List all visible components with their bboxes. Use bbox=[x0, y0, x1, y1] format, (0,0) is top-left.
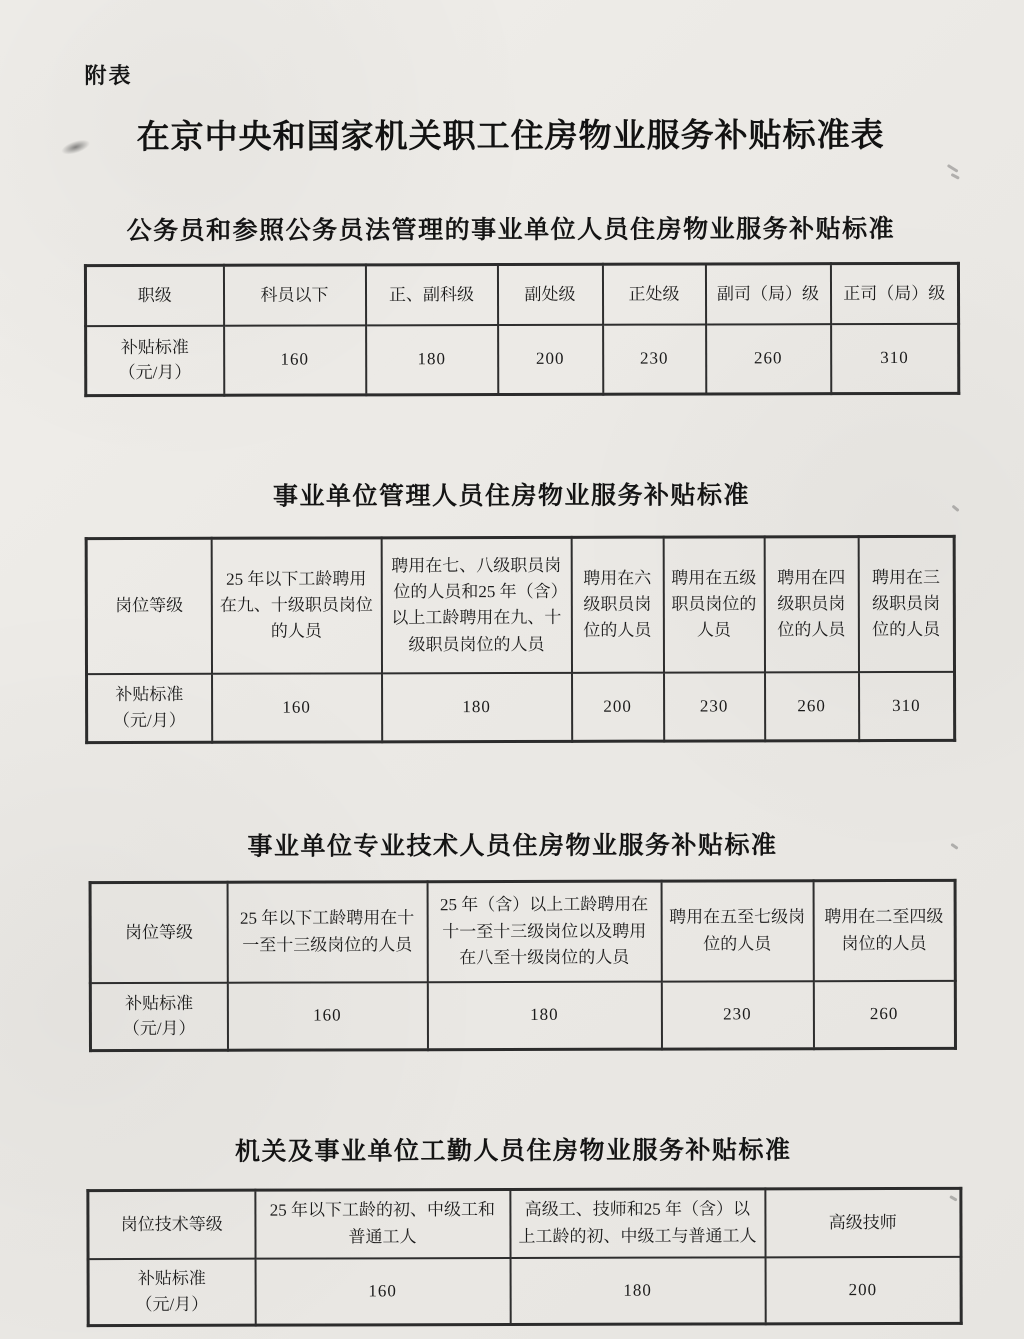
column-header: 聘用在七、八级职员岗位的人员和25 年（含）以上工龄聘用在九、十级职员岗位的人员 bbox=[381, 537, 571, 672]
column-header: 副司（局）级 bbox=[705, 264, 830, 324]
corner-label: 岗位等级 bbox=[86, 538, 211, 673]
subsidy-value: 180 bbox=[510, 1257, 765, 1325]
scanned-document-page: 附表 在京中央和国家机关职工住房物业服务补贴标准表 公务员和参照公务员法管理的事… bbox=[0, 0, 1024, 1339]
table-technical-staff-subsidy: 岗位等级 25 年以下工龄聘用在十一至十三级岗位的人员 25 年（含）以上工龄聘… bbox=[89, 879, 957, 1052]
row-label-line2: （元/月） bbox=[97, 1291, 248, 1317]
row-label-line2: （元/月） bbox=[99, 1016, 220, 1042]
table-skilled-worker-subsidy: 岗位技术等级 25 年以下工龄的初、中级工和普通工人 高级工、技师和25 年（含… bbox=[86, 1187, 962, 1327]
subsidy-value: 200 bbox=[572, 672, 664, 741]
section-heading-civil-servants: 公务员和参照公务员法管理的事业单位人员住房物业服务补贴标准 bbox=[0, 209, 1023, 248]
column-header: 聘用在三级职员岗位的人员 bbox=[858, 536, 954, 671]
row-label-line2: （元/月） bbox=[94, 360, 216, 386]
subsidy-value: 160 bbox=[227, 982, 427, 1051]
subsidy-value: 200 bbox=[498, 324, 603, 394]
row-label-cell: 补贴标准 （元/月） bbox=[88, 1258, 255, 1325]
section-heading-technical-staff: 事业单位专业技术人员住房物业服务补贴标准 bbox=[0, 825, 1024, 864]
subsidy-value: 230 bbox=[661, 981, 813, 1049]
subsidy-value: 230 bbox=[664, 672, 765, 741]
column-header: 聘用在五至七级岗位的人员 bbox=[661, 881, 813, 981]
subsidy-value: 260 bbox=[813, 980, 955, 1048]
subsidy-value: 180 bbox=[382, 672, 572, 741]
column-header: 25 年以下工龄聘用在十一至十三级岗位的人员 bbox=[227, 882, 427, 983]
corner-label: 岗位等级 bbox=[90, 882, 227, 982]
corner-label: 职级 bbox=[85, 265, 223, 325]
column-header: 25 年以下工龄聘用在九、十级职员岗位的人员 bbox=[211, 538, 381, 673]
table-management-staff-subsidy: 岗位等级 25 年以下工龄聘用在九、十级职员岗位的人员 聘用在七、八级职员岗位的… bbox=[85, 535, 957, 744]
scan-mark bbox=[951, 173, 960, 180]
subsidy-value: 200 bbox=[765, 1256, 961, 1324]
column-header: 25 年（含）以上工龄聘用在十一至十三级岗位以及聘用在八至十级岗位的人员 bbox=[427, 881, 661, 982]
subsidy-value: 160 bbox=[255, 1258, 510, 1326]
column-header: 聘用在六级职员岗位的人员 bbox=[571, 537, 663, 672]
row-label-cell: 补贴标准 （元/月） bbox=[86, 325, 224, 395]
section-heading-management-staff: 事业单位管理人员住房物业服务补贴标准 bbox=[0, 475, 1024, 514]
row-label-cell: 补贴标准 （元/月） bbox=[90, 982, 227, 1050]
column-header: 副处级 bbox=[497, 264, 602, 324]
subsidy-value: 310 bbox=[859, 671, 955, 740]
corner-label: 岗位技术等级 bbox=[88, 1190, 255, 1258]
column-header: 正处级 bbox=[602, 264, 705, 324]
subsidy-value: 260 bbox=[765, 672, 859, 741]
column-header: 聘用在二至四级岗位的人员 bbox=[813, 880, 955, 980]
row-label-line2: （元/月） bbox=[95, 708, 204, 734]
subsidy-value: 180 bbox=[366, 325, 498, 395]
row-label-line1: 补贴标准 bbox=[97, 1266, 248, 1292]
section-heading-skilled-workers: 机关及事业单位工勤人员住房物业服务补贴标准 bbox=[1, 1130, 1024, 1169]
column-header: 高级工、技师和25 年（含）以上工龄的初、中级工与普通工人 bbox=[510, 1189, 765, 1258]
column-header: 正、副科级 bbox=[365, 265, 497, 325]
column-header: 聘用在四级职员岗位的人员 bbox=[764, 537, 858, 672]
scan-mark bbox=[947, 164, 959, 173]
column-header: 高级技师 bbox=[765, 1188, 961, 1257]
subsidy-value: 160 bbox=[224, 325, 366, 395]
row-label-line1: 补贴标准 bbox=[99, 991, 220, 1017]
row-label-line1: 补贴标准 bbox=[95, 682, 204, 708]
subsidy-value: 310 bbox=[831, 323, 959, 393]
column-header: 科员以下 bbox=[223, 265, 365, 325]
appendix-label: 附表 bbox=[84, 59, 132, 90]
column-header: 25 年以下工龄的初、中级工和普通工人 bbox=[255, 1190, 510, 1259]
row-label-cell: 补贴标准 （元/月） bbox=[87, 673, 212, 742]
column-header: 聘用在五级职员岗位的人员 bbox=[663, 537, 764, 672]
row-label-line1: 补贴标准 bbox=[94, 335, 216, 361]
subsidy-value: 230 bbox=[603, 324, 706, 394]
subsidy-value: 180 bbox=[427, 981, 661, 1050]
document-title: 在京中央和国家机关职工住房物业服务补贴标准表 bbox=[0, 109, 1023, 159]
subsidy-value: 160 bbox=[212, 673, 382, 742]
table-civil-servant-subsidy: 职级 科员以下 正、副科级 副处级 正处级 副司（局）级 正司（局）级 补贴标准… bbox=[84, 262, 960, 397]
column-header: 正司（局）级 bbox=[830, 263, 958, 323]
subsidy-value: 260 bbox=[706, 324, 831, 394]
